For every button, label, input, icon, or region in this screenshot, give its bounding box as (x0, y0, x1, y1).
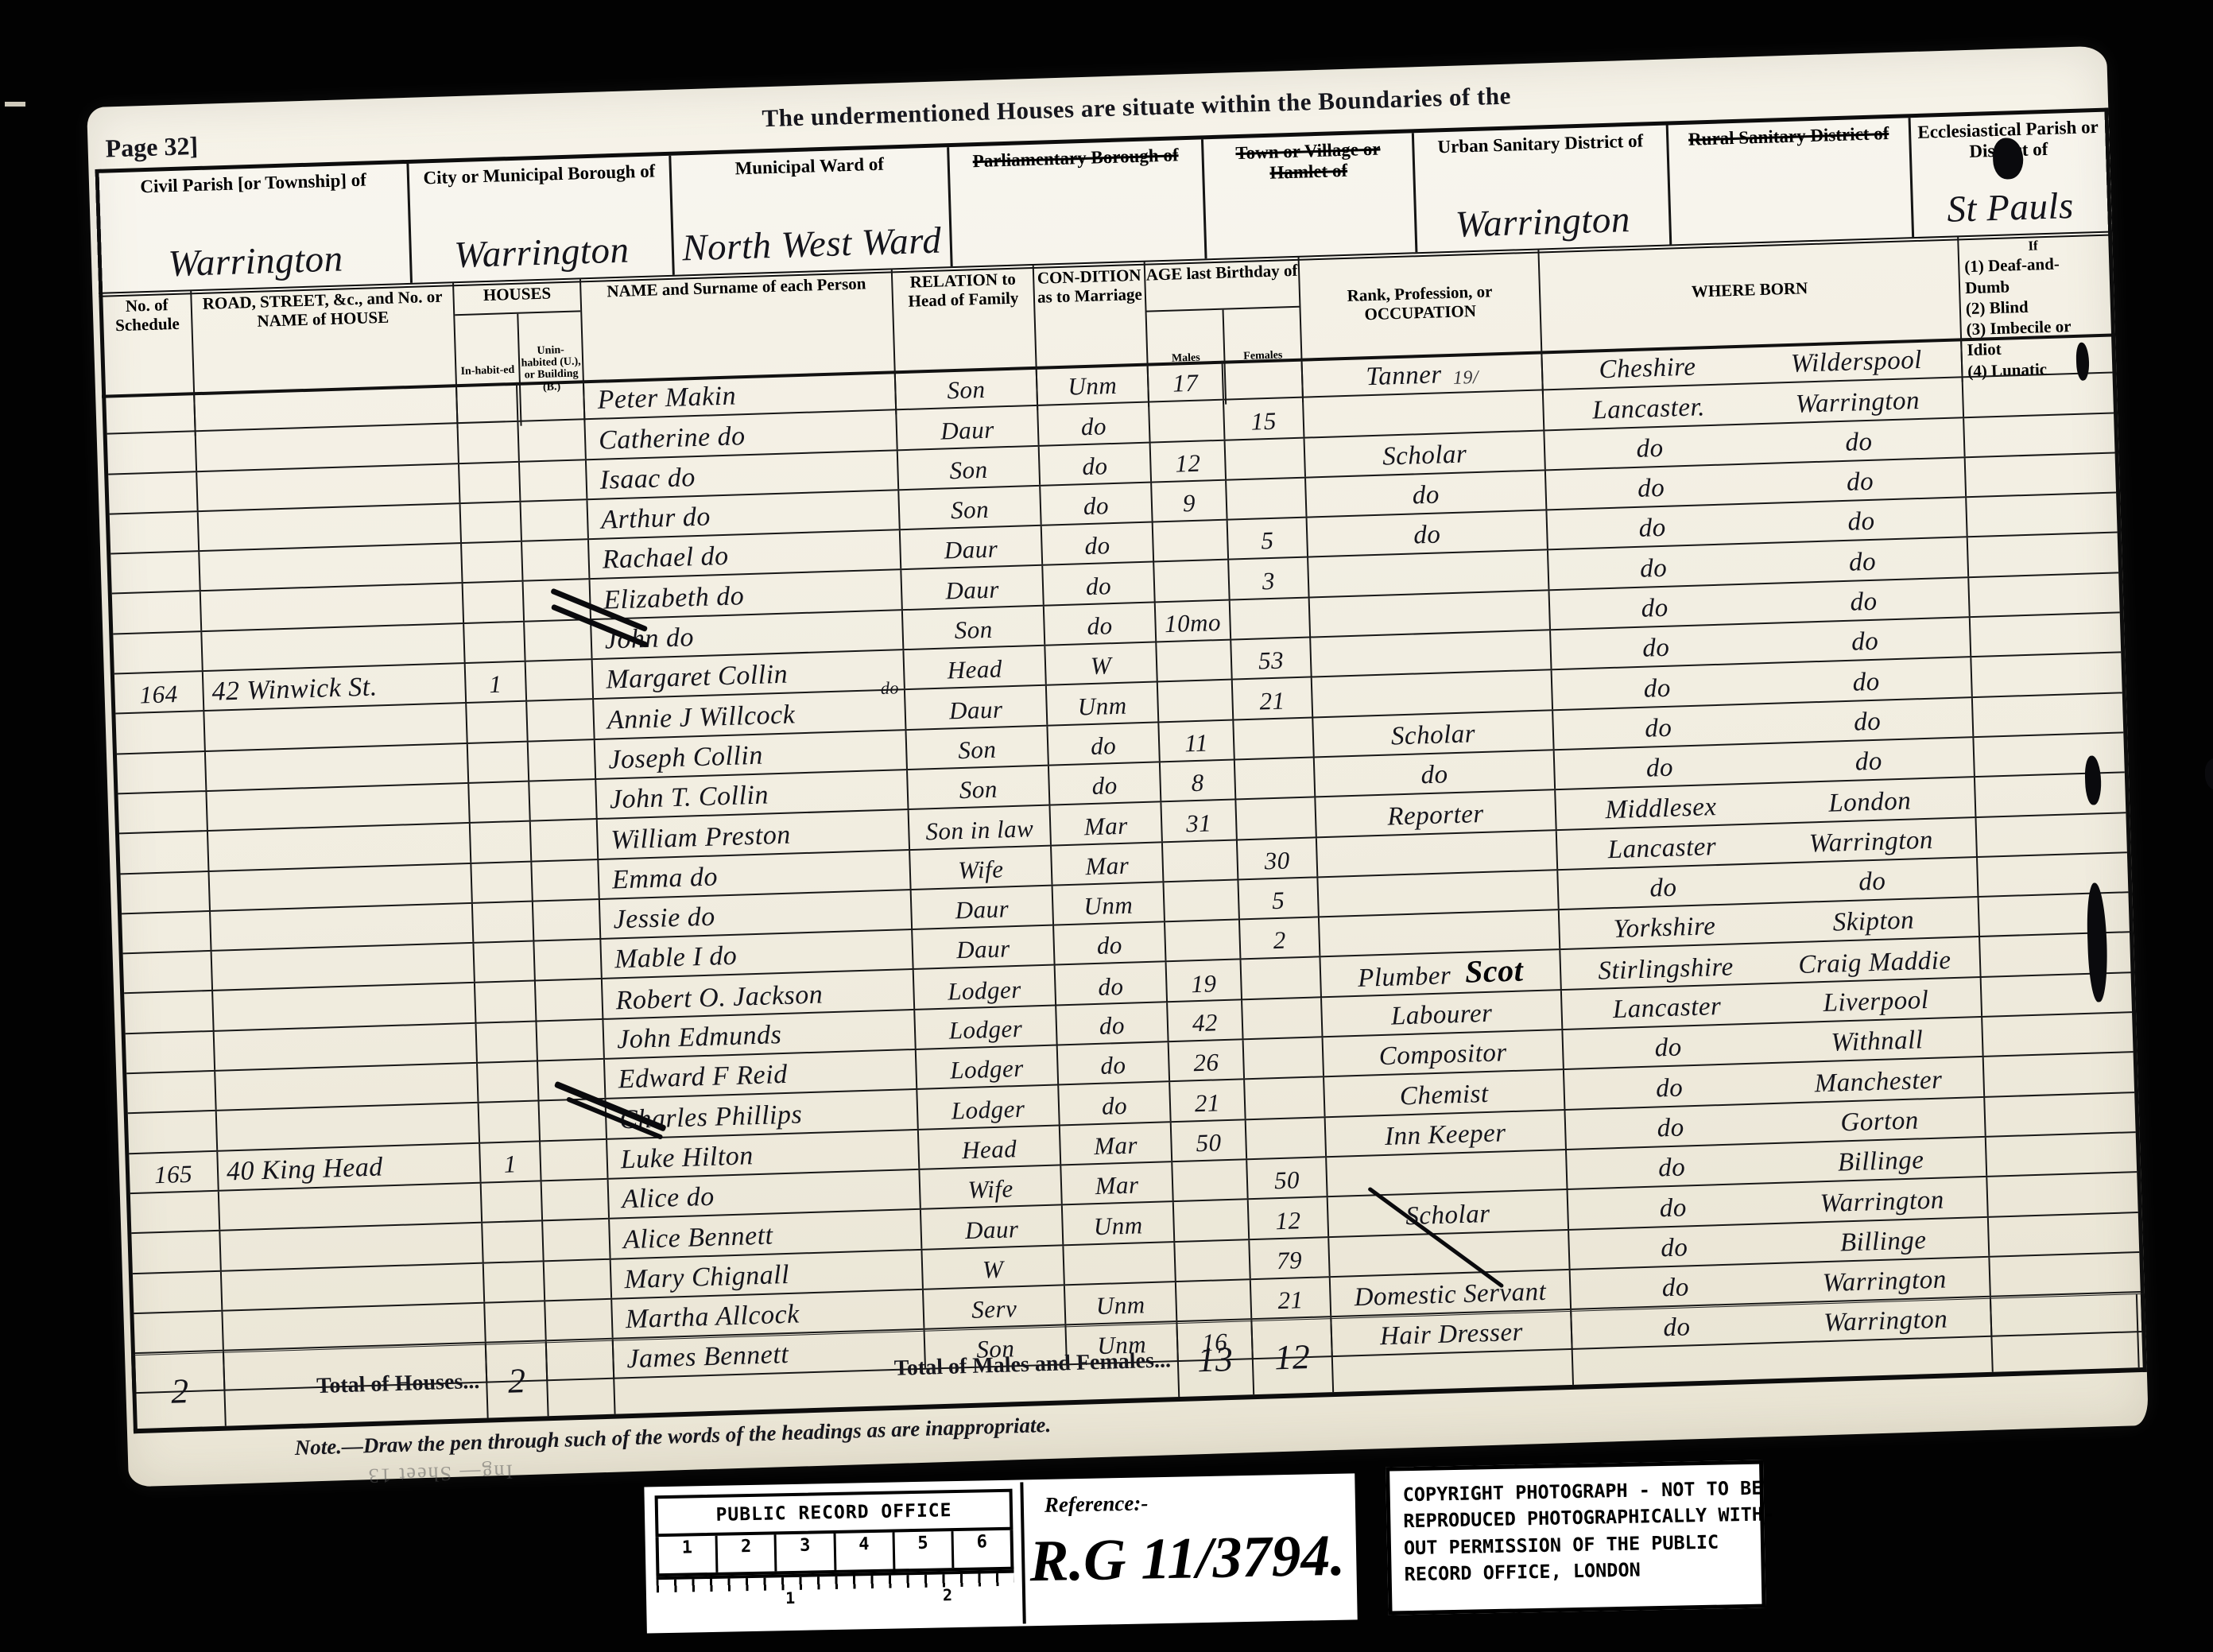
row-cell-disability (1986, 1133, 2134, 1176)
disability-item: (1) Deaf-and-Dumb (1964, 254, 2060, 297)
district-value-handwritten: Warrington (101, 235, 409, 288)
born-place: Warrington (1753, 385, 1963, 421)
born-place: do (1754, 425, 1963, 460)
born-place: do (1757, 505, 1967, 541)
row-cell-schedule (110, 552, 200, 593)
district-label-struck: Parliamentary Borough of (955, 145, 1196, 173)
row-cell-age-female: 21 (1251, 1278, 1331, 1318)
row-cell-condition: do (1056, 963, 1168, 1006)
row-cell-condition: Unm (1047, 683, 1159, 725)
row-cell-relation: Son (899, 487, 1041, 529)
row-cell-inhabited (468, 742, 529, 782)
row-cell-inhabited (471, 862, 533, 902)
row-cell-schedule (131, 1231, 221, 1273)
district-label: Urban Sanitary District of (1420, 130, 1661, 159)
row-cell-road (211, 904, 474, 950)
row-cell-uninhabited (542, 1180, 610, 1220)
born-place: Warrington (1780, 1264, 1990, 1300)
row-cell-age-female (1242, 958, 1322, 1000)
row-cell-age-female (1246, 1118, 1327, 1158)
born-place: Craig Maddie (1770, 945, 1980, 981)
born-county: Cheshire (1543, 351, 1753, 387)
row-cell-road (210, 863, 473, 909)
row-cell-road (217, 1103, 480, 1150)
row-cell-road (215, 1024, 478, 1070)
district-cell-borough: City or Municipal Borough of Warrington (409, 156, 674, 283)
born-place: Warrington (1777, 1184, 1987, 1220)
born-place: Gorton (1775, 1104, 1985, 1140)
row-cell-inhabited (473, 902, 534, 942)
born-county: Middlesex (1556, 791, 1765, 827)
row-cell-schedule (121, 872, 211, 913)
district-cell-parliamentary: Parliamentary Borough of (949, 139, 1207, 266)
scale-cell: 3 (777, 1534, 836, 1571)
houses-label: HOUSES (483, 283, 552, 304)
row-cell-schedule (119, 832, 209, 873)
row-cell-age-female (1226, 438, 1306, 479)
row-cell-age-male: 42 (1168, 1000, 1243, 1041)
row-cell-relation: Wife (920, 1165, 1062, 1208)
scale-cell: 4 (835, 1533, 895, 1570)
district-cell-civil-parish: Civil Parish [or Township] of Warrington (99, 164, 413, 293)
row-cell-occupation (1310, 591, 1551, 636)
row-cell-schedule (126, 1032, 215, 1073)
row-cell-age-male: 12 (1151, 440, 1227, 481)
totals-empty-cell (1991, 1294, 2140, 1372)
row-cell-uninhabited (529, 780, 597, 820)
row-cell-schedule (130, 1192, 220, 1233)
reference-block: Reference:- R.G 11/3794. (1020, 1476, 1358, 1623)
row-cell-disability (1963, 374, 2110, 417)
district-label: Municipal Ward of (677, 152, 941, 181)
row-cell-road (199, 504, 462, 550)
row-cell-occupation: Reporter (1316, 790, 1556, 836)
row-cell-schedule (115, 712, 205, 753)
row-cell-age-male (1172, 1160, 1248, 1200)
born-place: Liverpool (1771, 984, 1981, 1020)
row-cell-condition: Unm (1053, 882, 1165, 925)
row-cell-disability (1976, 813, 2123, 856)
born-place: Billinge (1778, 1224, 1988, 1260)
row-cell-condition: W (1045, 643, 1157, 685)
row-cell-age-female (1234, 718, 1314, 758)
row-cell-occupation: Inn Keeper (1326, 1111, 1567, 1156)
row-cell-condition: do (1038, 403, 1150, 445)
row-cell-relation: Son (903, 607, 1045, 650)
born-county: do (1564, 1071, 1774, 1107)
born-place: do (1767, 864, 1977, 900)
born-place: Billinge (1776, 1144, 1986, 1180)
born-county: do (1551, 631, 1761, 667)
row-cell-age-female: 3 (1229, 558, 1309, 599)
row-cell-schedule (126, 1072, 216, 1113)
row-cell-disability (1973, 693, 2120, 736)
row-cell-schedule (118, 792, 207, 833)
born-place: do (1759, 584, 1969, 620)
row-cell-age-male: 19 (1167, 960, 1242, 1002)
row-cell-occupation: do (1306, 471, 1547, 516)
row-cell-occupation (1304, 391, 1544, 436)
row-cell-relation: Daur (905, 686, 1048, 729)
ruler-inch-number: 2 (943, 1585, 953, 1604)
row-cell-inhabited (464, 622, 525, 662)
row-cell-condition (1064, 1243, 1176, 1285)
row-cell-road (208, 824, 471, 870)
row-cell-age-male: 9 (1152, 481, 1227, 522)
born-county: do (1566, 1111, 1776, 1146)
total-females-value: 12 (1252, 1319, 1334, 1394)
row-cell-age-female (1235, 758, 1316, 798)
total-of-houses-label: Total of Houses... (224, 1345, 489, 1426)
row-cell-condition: Mar (1060, 1123, 1172, 1165)
scale-cell: 6 (953, 1530, 1010, 1568)
row-cell-inhabited (461, 502, 522, 543)
row-cell-disability (1987, 1173, 2134, 1216)
row-cell-age-female: 12 (1249, 1197, 1329, 1238)
row-cell-road (212, 944, 475, 990)
born-county: do (1548, 551, 1758, 587)
row-cell-inhabited (475, 982, 537, 1023)
row-cell-occupation: Labourer (1322, 991, 1563, 1036)
district-cell-rural-sanitary: Rural Sanitary District of (1668, 118, 1914, 244)
row-cell-uninhabited (541, 1139, 608, 1180)
row-cell-relation: Son (898, 446, 1041, 489)
row-cell-schedule: 165 (129, 1151, 219, 1192)
born-county: Lancaster. (1544, 391, 1754, 427)
row-cell-road (215, 1064, 479, 1110)
row-cell-uninhabited (540, 1099, 607, 1140)
row-cell-uninhabited (529, 740, 596, 781)
row-cell-age-female: 50 (1247, 1158, 1327, 1198)
row-cell-condition: do (1043, 563, 1155, 605)
row-cell-disability (1984, 1053, 2131, 1096)
row-cell-road (201, 584, 464, 630)
district-label-struck: Town or Village or Hamlet of (1210, 138, 1407, 186)
row-cell-uninhabited (531, 820, 599, 860)
row-cell-age-female (1244, 1037, 1324, 1078)
totals-empty-cell (1331, 1312, 1574, 1392)
age-label: AGE last Birthday of (1145, 261, 1297, 285)
row-cell-inhabited (463, 582, 525, 622)
row-cell-disability (1969, 573, 2116, 616)
row-cell-inhabited (479, 1102, 541, 1142)
row-cell-relation: Son (908, 766, 1050, 809)
row-cell-inhabited: 1 (480, 1142, 541, 1182)
row-cell-disability (1989, 1213, 2136, 1256)
totals-empty-cell (547, 1341, 616, 1417)
row-cell-schedule (113, 632, 203, 673)
row-cell-disability (1964, 413, 2111, 456)
row-cell-age-male: 21 (1170, 1080, 1246, 1121)
row-cell-condition: do (1044, 603, 1157, 645)
row-cell-schedule (112, 592, 202, 634)
row-cell-relation: Daur (901, 526, 1043, 569)
row-cell-schedule (134, 1312, 223, 1353)
disability-item: (2) Blind (1966, 297, 2029, 317)
row-cell-road (223, 1303, 486, 1349)
born-county: Yorkshire (1560, 911, 1769, 947)
scale-cell: 1 (659, 1536, 719, 1573)
row-cell-relation: Head (904, 646, 1046, 689)
row-cell-inhabited: 1 (466, 662, 527, 703)
born-place: do (1755, 464, 1965, 500)
row-cell-age-female (1236, 798, 1316, 839)
row-cell-relation: Lodger (917, 1046, 1059, 1089)
row-cell-occupation: Chemist (1324, 1070, 1565, 1115)
row-cell-inhabited (458, 422, 519, 463)
row-cell-age-male: 8 (1161, 760, 1236, 801)
row-cell-condition: do (1059, 1083, 1171, 1125)
row-cell-occupation: Compositor (1324, 1030, 1564, 1076)
row-cell-relation: Lodger (915, 1006, 1057, 1049)
born-place: do (1761, 665, 1971, 700)
row-cell-condition: do (1048, 723, 1160, 765)
row-cell-schedule (124, 991, 214, 1033)
public-record-office-stamp: PUBLIC RECORD OFFICE 1 2 3 4 5 6 1 2 Ref… (646, 1460, 1766, 1639)
district-cell-ward: Municipal Ward of North West Ward (671, 147, 952, 275)
row-cell-age-female (1242, 998, 1323, 1038)
row-cell-uninhabited (543, 1220, 610, 1260)
row-cell-relation: Son (906, 726, 1048, 769)
row-cell-road (204, 704, 467, 750)
row-cell-age-male: 11 (1159, 720, 1234, 761)
row-cell-age-male (1154, 560, 1230, 601)
row-cell-age-female: 53 (1231, 638, 1312, 679)
row-cell-inhabited (484, 1262, 545, 1302)
row-cell-disability (1978, 853, 2125, 896)
row-cell-age-male (1174, 1200, 1250, 1240)
row-cell-disability (1985, 1093, 2132, 1136)
row-cell-condition: Mar (1052, 843, 1164, 885)
row-cell-inhabited (478, 1061, 539, 1102)
copyright-line: RECORD OFFICE, LONDON (1404, 1555, 1754, 1588)
born-place: Withnall (1773, 1024, 1982, 1060)
row-cell-relation: Daur (913, 926, 1055, 969)
row-cell-occupation (1329, 1230, 1570, 1275)
row-cell-relation: Son (896, 366, 1038, 409)
row-cell-road (196, 424, 459, 470)
ruler-inch-number: 1 (785, 1588, 796, 1607)
row-cell-schedule (123, 952, 213, 993)
row-cell-relation: Head (919, 1126, 1061, 1169)
row-cell-uninhabited (534, 940, 602, 980)
film-edge-mark (5, 102, 25, 107)
born-county: do (1569, 1231, 1779, 1266)
row-cell-disability (1967, 494, 2114, 537)
row-cell-condition: do (1049, 762, 1161, 805)
row-cell-inhabited (469, 782, 530, 823)
row-cell-relation: Son in law (909, 806, 1052, 849)
row-cell-age-male (1158, 681, 1234, 721)
row-cell-age-female (1223, 359, 1303, 399)
row-cell-occupation (1311, 630, 1552, 676)
row-cell-age-male (1176, 1280, 1252, 1320)
row-cell-schedule (122, 912, 211, 953)
stamp-scale-cells: 1 2 3 4 5 6 (656, 1530, 1014, 1577)
scale-cell: 2 (718, 1534, 777, 1572)
row-cell-uninhabited (545, 1300, 613, 1340)
row-cell-age-male (1149, 401, 1225, 441)
born-place: London (1765, 785, 1975, 820)
row-cell-age-male (1175, 1240, 1250, 1281)
row-cell-uninhabited (520, 460, 587, 501)
row-cell-occupation (1317, 831, 1558, 876)
row-cell-inhabited (482, 1181, 543, 1222)
census-entries: Peter MakinSonUnm17Tanner19/CheshireWild… (102, 333, 2145, 1394)
row-cell-road (222, 1263, 485, 1309)
row-cell-disability (1990, 1253, 2137, 1296)
born-county: Lancaster (1557, 831, 1767, 867)
district-value-handwritten: Warrington (411, 227, 672, 278)
row-cell-schedule: 164 (114, 672, 204, 713)
row-cell-schedule (107, 432, 197, 474)
occupation-annotation: Scot (1464, 952, 1524, 991)
totals-empty-cell (1572, 1299, 1994, 1385)
row-cell-condition: do (1054, 922, 1166, 964)
row-cell-occupation: Scholar (1313, 711, 1554, 756)
district-value-handwritten: Warrington (1417, 197, 1670, 248)
born-place: Skipton (1769, 904, 1979, 940)
page-number: Page 32] (105, 131, 198, 164)
row-cell-age-male (1163, 840, 1238, 881)
row-cell-road (200, 544, 463, 590)
scanned-census-photograph: Page 32] The undermentioned Houses are s… (0, 0, 2213, 1652)
born-county: do (1546, 471, 1756, 507)
born-county: do (1553, 711, 1763, 747)
row-cell-age-male (1164, 880, 1239, 921)
row-cell-inhabited (471, 822, 532, 863)
row-cell-inhabited (457, 382, 518, 423)
row-cell-schedule (117, 752, 207, 793)
row-cell-inhabited (485, 1301, 546, 1342)
row-cell-occupation: do (1315, 750, 1556, 796)
row-cell-age-male (1157, 641, 1232, 681)
row-cell-relation: Daur (901, 566, 1044, 609)
reference-number-handwritten: R.G 11/3794. (1029, 1522, 1345, 1596)
born-county: do (1555, 750, 1765, 786)
row-cell-age-male (1165, 921, 1241, 961)
row-cell-inhabited (462, 542, 523, 583)
totals-schedule-count: 2 (135, 1353, 227, 1429)
row-cell-schedule (128, 1111, 218, 1153)
census-page: Page 32] The undermentioned Houses are s… (87, 46, 2149, 1487)
row-cell-disability (1982, 973, 2129, 1016)
copyright-notice-box: COPYRIGHT PHOTOGRAPH - NOT TO BE REPRODU… (1386, 1460, 1765, 1615)
row-cell-age-female: 30 (1238, 838, 1318, 878)
row-cell-schedule (133, 1271, 223, 1313)
row-cell-disability (1982, 1013, 2130, 1056)
district-cell-town-village: Town or Village or Hamlet of (1203, 133, 1417, 258)
row-cell-uninhabited (532, 860, 599, 901)
row-cell-road: 40 King Head (218, 1143, 481, 1189)
row-cell-occupation: PlumberScot (1320, 951, 1561, 998)
row-cell-relation: Daur (912, 886, 1054, 929)
row-cell-age-female: 2 (1240, 917, 1320, 958)
superscript-correction: do (880, 678, 899, 700)
row-cell-relation: W (922, 1246, 1064, 1289)
row-cell-occupation (1312, 671, 1553, 716)
row-cell-condition: do (1040, 443, 1152, 485)
row-cell-road (206, 744, 469, 790)
row-cell-condition: do (1058, 1042, 1170, 1084)
district-cell-urban-sanitary: Urban Sanitary District of Warrington (1414, 125, 1672, 252)
born-county: do (1548, 511, 1758, 547)
row-cell-occupation (1320, 910, 1560, 956)
inch-ruler: 1 2 (657, 1570, 1015, 1612)
born-county: do (1559, 871, 1769, 906)
row-cell-condition: Unm (1037, 363, 1149, 405)
district-value-handwritten: North West Ward (673, 219, 950, 270)
born-county: do (1568, 1190, 1778, 1226)
row-cell-uninhabited (537, 1020, 604, 1061)
row-cell-inhabited (467, 702, 528, 743)
total-houses-value: 2 (486, 1343, 549, 1417)
district-label: Civil Parish [or Township] of (106, 169, 401, 199)
bleed-through-text: Ing— Sheet 13 (366, 1460, 513, 1488)
row-cell-occupation (1318, 871, 1559, 916)
row-cell-condition: Unm (1065, 1282, 1177, 1324)
row-cell-road (219, 1184, 483, 1230)
row-cell-uninhabited (518, 421, 586, 461)
ink-blot (2204, 758, 2213, 790)
row-cell-schedule (106, 392, 196, 433)
row-cell-relation: Serv (924, 1286, 1066, 1328)
pro-ruler-block: PUBLIC RECORD OFFICE 1 2 3 4 5 6 1 2 (655, 1489, 1015, 1623)
born-county: do (1552, 671, 1762, 707)
born-place: do (1762, 704, 1972, 740)
pro-office-label: PUBLIC RECORD OFFICE (655, 1489, 1013, 1538)
born-county: do (1567, 1150, 1777, 1186)
reference-label: Reference:- (1023, 1476, 1356, 1518)
row-cell-road: 42 Winwick St. (203, 664, 467, 710)
row-cell-disability (1971, 653, 2118, 696)
row-cell-age-female (1245, 1078, 1325, 1119)
row-cell-occupation (1308, 551, 1549, 596)
row-cell-condition: Mar (1050, 803, 1162, 845)
born-county: do (1564, 1030, 1773, 1066)
row-cell-age-male: 31 (1161, 801, 1237, 841)
district-label: City or Municipal Borough of (416, 161, 664, 189)
row-cell-occupation: do (1308, 511, 1548, 556)
row-cell-relation: Lodger (914, 966, 1056, 1010)
born-place: Wilderspool (1751, 345, 1961, 381)
row-cell-disability (1966, 454, 2113, 497)
row-cell-road (207, 784, 470, 830)
born-place: do (1760, 625, 1970, 661)
row-cell-inhabited (459, 462, 521, 502)
row-cell-road (197, 464, 460, 510)
occupation-annotation: 19/ (1452, 367, 1479, 390)
row-cell-uninhabited (517, 380, 585, 421)
total-males-value: 13 (1177, 1321, 1254, 1397)
row-cell-uninhabited (536, 979, 603, 1022)
row-cell-uninhabited (521, 500, 589, 541)
row-cell-age-female: 79 (1250, 1238, 1330, 1278)
row-cell-age-female: 5 (1238, 878, 1319, 918)
row-cell-relation: Wife (910, 846, 1052, 889)
born-county: Stirlingshire (1561, 952, 1771, 988)
row-cell-condition: do (1041, 483, 1153, 525)
row-cell-occupation (1327, 1150, 1568, 1196)
row-cell-occupation: Tanner19/ (1302, 351, 1543, 396)
row-cell-condition: Unm (1063, 1202, 1175, 1244)
row-cell-condition: do (1056, 1002, 1169, 1045)
district-label-struck: Rural Sanitary District of (1675, 122, 1903, 150)
row-cell-age-female (1231, 598, 1311, 638)
row-cell-occupation: Domestic Servant (1331, 1270, 1572, 1316)
row-cell-relation: Lodger (917, 1086, 1060, 1129)
row-cell-inhabited (477, 1022, 538, 1062)
